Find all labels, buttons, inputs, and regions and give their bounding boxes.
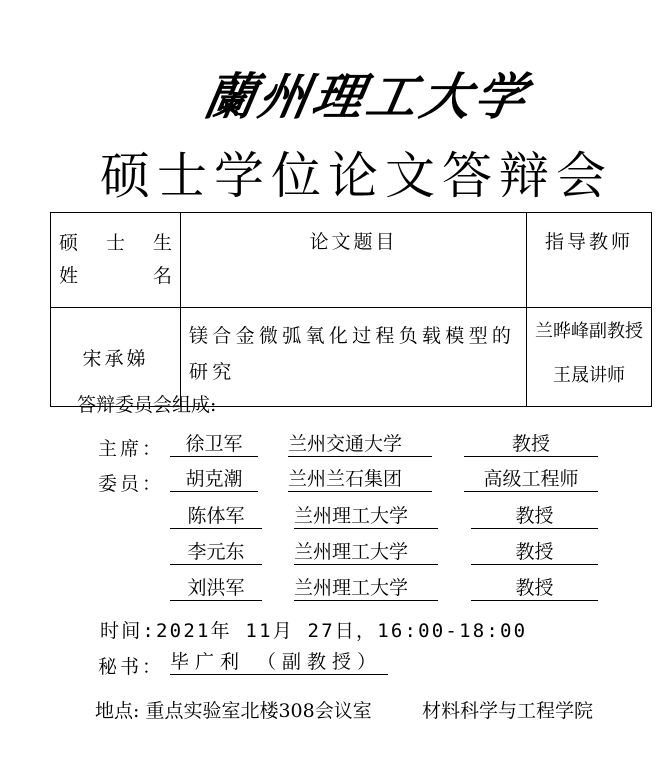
header-thesis-title: 论文题目 [181, 213, 527, 308]
member-title: 教授 [471, 504, 598, 529]
header-advisor: 指导教师 [527, 213, 652, 308]
member-affiliation: 兰州理工大学 [294, 540, 438, 565]
header-text: 硕 [59, 227, 78, 260]
page-title: 硕士学位论文答辩会 [100, 142, 570, 210]
table-header-row: 硕 士 生 姓 名 论文题目 指导教师 [51, 213, 652, 308]
school-name: 材料科学与工程学院 [422, 696, 593, 723]
defense-time: 时间:2021年 11月 27日，16:00-18:00 [100, 616, 527, 643]
location: 地点: 重点实验室北楼308会议室 [95, 696, 372, 723]
advisor-2: 王晟讲师 [527, 354, 651, 398]
university-logo: 蘭州理工大学 [199, 62, 471, 132]
secretary-value: 毕广利 （副教授） [170, 650, 388, 675]
member-title: 教授 [471, 540, 598, 565]
chair-label: 主席： [98, 434, 164, 461]
header-text: 士 [106, 227, 125, 260]
advisors: 兰晔峰副教授 王晟讲师 [527, 308, 652, 407]
committee-heading: 答辩委员会组成: [77, 390, 216, 417]
member-name: 胡克潮 [170, 467, 258, 492]
header-text: 名 [153, 260, 172, 293]
member-affiliation: 兰州交通大学 [288, 432, 432, 457]
thesis-title: 镁合金微弧氧化过程负载模型的研究 [181, 308, 527, 407]
header-text: 生 [153, 227, 172, 260]
member-name: 刘洪军 [170, 576, 262, 601]
header-student-name: 硕 士 生 姓 名 [51, 213, 181, 308]
header-text: 姓 [59, 260, 78, 293]
member-affiliation: 兰州理工大学 [294, 576, 438, 601]
member-name: 陈体军 [170, 504, 262, 529]
secretary-label: 秘书： [98, 652, 164, 679]
member-name: 李元东 [170, 540, 262, 565]
advisor-1: 兰晔峰副教授 [527, 310, 651, 354]
member-title: 高级工程师 [464, 467, 598, 492]
member-title: 教授 [471, 576, 598, 601]
member-name: 徐卫军 [170, 432, 258, 457]
member-affiliation: 兰州理工大学 [294, 504, 438, 529]
member-affiliation: 兰州兰石集团 [288, 467, 432, 492]
member-label: 委员： [98, 469, 164, 496]
member-title: 教授 [464, 432, 598, 457]
thesis-info-table: 硕 士 生 姓 名 论文题目 指导教师 宋承娣 镁合金微弧氧化过程负载模型的研究… [50, 212, 652, 407]
